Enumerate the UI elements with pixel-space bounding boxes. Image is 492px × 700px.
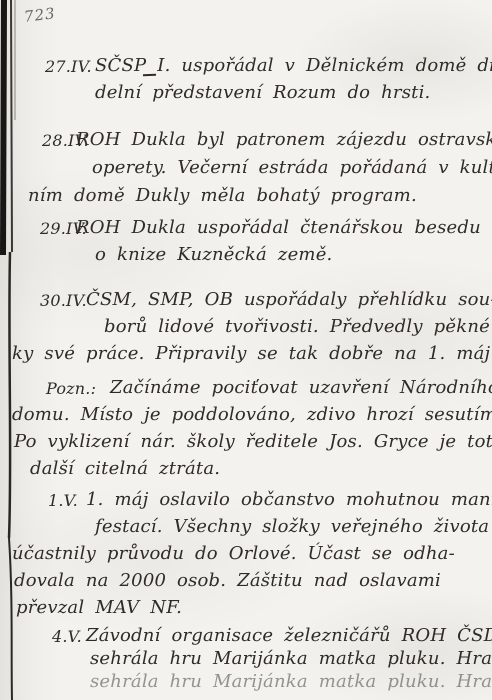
entry-line: ním domě Dukly měla bohatý program.	[28, 182, 490, 210]
entry-date: 4.V.	[52, 625, 82, 648]
ghost-line: sehrála hru Marijánka matka pluku. Hra m…	[90, 670, 490, 693]
entry-date: 29.IV.	[40, 215, 87, 242]
entry-line: festací. Všechny složky veřejného života…	[95, 513, 490, 540]
entry-line: další citelná ztráta.	[30, 455, 490, 482]
entry-line: Závodní organisace železničářů ROH ČSD	[86, 624, 490, 647]
entry-29-iv: 29.IV. ROH Dukla uspořádal čtenářskou be…	[0, 214, 490, 268]
entry-note: Pozn.: Začínáme pociťovat uzavření Národ…	[0, 374, 490, 482]
entry-line: převzal MAV NF.	[16, 594, 490, 621]
entry-line: ROH Dukla uspořádal čtenářskou besedu	[76, 214, 490, 241]
entry-line: domu. Místo je poddolováno, zdivo hrozí …	[12, 401, 490, 428]
entry-1-v: 1.V. 1. máj oslavilo občanstvo mohutnou …	[0, 486, 490, 621]
entry-date: Pozn.:	[46, 375, 96, 402]
entry-date: 27.IV.	[45, 53, 92, 80]
entry-line: ČSM, SMP, OB uspořádaly přehlídku sou-	[86, 286, 490, 313]
entry-line: Začínáme pociťovat uzavření Národního	[110, 374, 490, 401]
entry-line: ROH Dukla byl patronem zájezdu ostravské	[76, 126, 490, 154]
entry-line: Po vyklizení nár. školy ředitele Jos. Gr…	[14, 428, 490, 455]
page-number: 723	[23, 4, 57, 26]
entry-date: 28.IV.	[42, 127, 89, 155]
entry-line: ky své práce. Připravily se tak dobře na…	[12, 340, 490, 367]
entry-27-iv: 27.IV. SČSP I. uspořádal v Dělnickém dom…	[0, 52, 490, 106]
entry-28-iv: 28.IV. ROH Dukla byl patronem zájezdu os…	[0, 126, 490, 210]
entry-4-v: 4.V. Závodní organisace železničářů ROH …	[0, 624, 490, 693]
entry-line: účastnily průvodu do Orlové. Účast se od…	[12, 540, 490, 567]
entry-30-iv: 30.IV. ČSM, SMP, OB uspořádaly přehlídku…	[0, 286, 490, 367]
entry-line: 1. máj oslavilo občanstvo mohutnou mani-	[86, 486, 490, 513]
entry-line: o knize Kuzněcká země.	[95, 241, 490, 268]
chronicle-page: 723 27.IV. SČSP I. uspořádal v Dělnickém…	[0, 0, 492, 700]
entry-line: dovala na 2000 osob. Záštitu nad oslavam…	[14, 567, 490, 594]
entry-line: operety. Večerní estráda pořádaná v kult…	[92, 154, 490, 182]
entry-date: 30.IV.	[40, 287, 87, 314]
entry-line: sehrála hru Marijánka matka pluku. Hra m…	[90, 647, 490, 670]
entry-date: 1.V.	[48, 487, 78, 514]
entry-line: delní představení Rozum do hrsti.	[95, 79, 490, 106]
entry-line: borů lidové tvořivosti. Předvedly pěkné …	[104, 313, 490, 340]
